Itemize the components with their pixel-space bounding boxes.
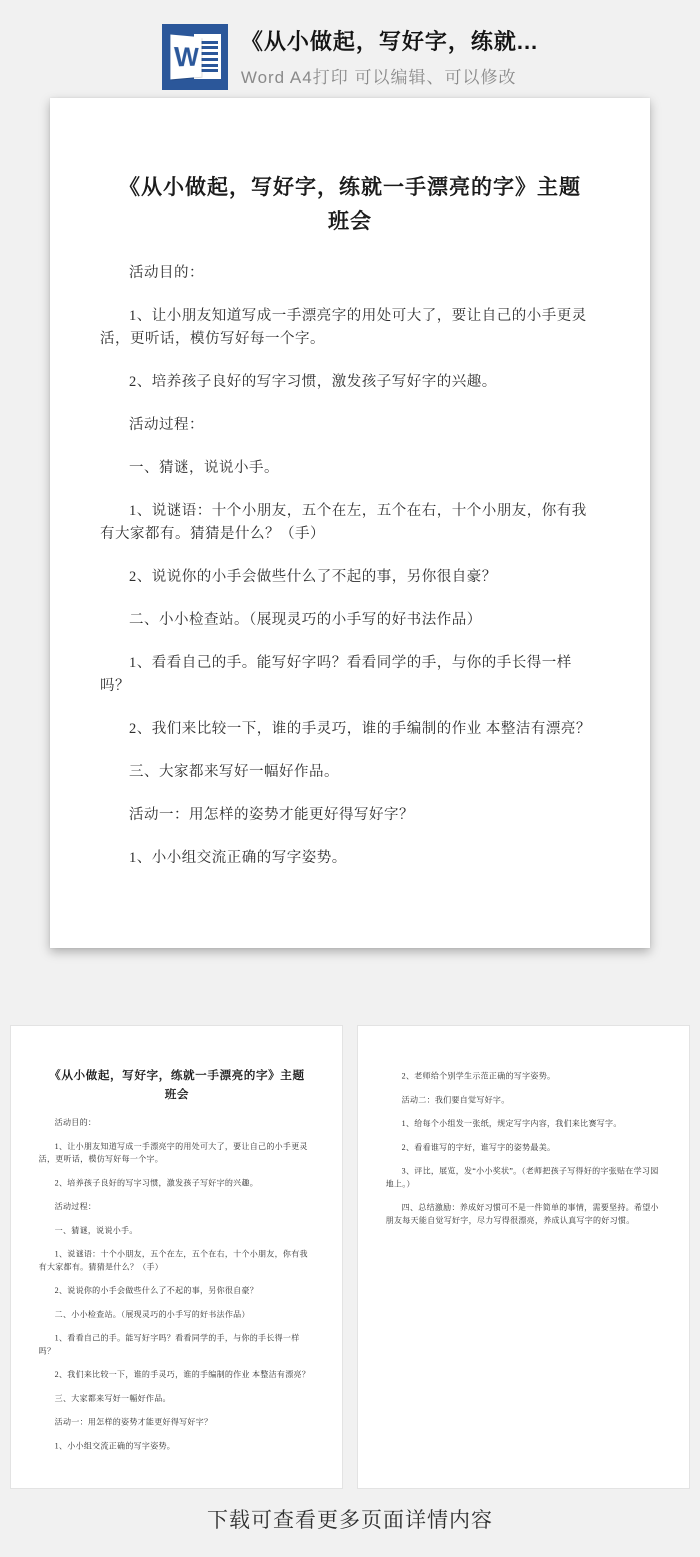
paragraph: 活动过程： — [39, 1201, 316, 1214]
paragraph: 1、让小朋友知道写成一手漂亮字的用处可大了，要让自己的小手更灵活，更听话，模仿写… — [100, 305, 600, 351]
thumbnail-page-2[interactable]: 2、老师给个别学生示范正确的写字姿势。活动二：我们要自觉写好字。1、给每个小组发… — [357, 1025, 690, 1489]
paragraph: 三、大家都来写好一幅好作品。 — [39, 1393, 316, 1406]
footer: 下载可查看更多页面详情内容 — [0, 1489, 700, 1549]
paragraph: 活动一：用怎样的姿势才能更好得写好字？ — [39, 1416, 316, 1429]
page-title: 《从小做起，写好字，练就一手漂亮的字》主题班会 — [39, 1066, 316, 1104]
paragraph: 3、评比，展览，发“小小奖状”。（老师把孩子写得好的字张贴在学习园地上。） — [386, 1165, 663, 1190]
paragraph: 一、猜谜，说说小手。 — [39, 1225, 316, 1238]
paragraph: 2、我们来比较一下，谁的手灵巧，谁的手编制的作业 本整洁有漂亮？ — [100, 718, 600, 741]
page-1-body: 活动目的：1、让小朋友知道写成一手漂亮字的用处可大了，要让自己的小手更灵活，更听… — [39, 1117, 316, 1453]
document-format-info: Word A4打印 可以编辑、可以修改 — [241, 63, 538, 88]
paragraph: 1、小小组交流正确的写字姿势。 — [39, 1440, 316, 1453]
paragraph: 活动二：我们要自觉写好字。 — [386, 1094, 663, 1107]
page-1-body: 活动目的：1、让小朋友知道写成一手漂亮字的用处可大了，要让自己的小手更灵活，更听… — [100, 262, 600, 870]
document-page-1-preview: 《从小做起，写好字，练就一手漂亮的字》主题班会 活动目的：1、让小朋友知道写成一… — [50, 98, 650, 948]
page-title: 《从小做起，写好字，练就一手漂亮的字》主题班会 — [100, 170, 600, 238]
paragraph: 二、小小检查站。（展现灵巧的小手写的好书法作品） — [100, 609, 600, 632]
paragraph: 1、小小组交流正确的写字姿势。 — [100, 847, 600, 870]
header-text: 《从小做起，写好字，练就... Word A4打印 可以编辑、可以修改 — [241, 24, 538, 88]
paragraph: 2、说说你的小手会做些什么了不起的事，另你很自豪？ — [39, 1285, 316, 1298]
page-2-body: 2、老师给个别学生示范正确的写字姿势。活动二：我们要自觉写好字。1、给每个小组发… — [386, 1070, 663, 1227]
thumbnail-page-1[interactable]: 《从小做起，写好字，练就一手漂亮的字》主题班会 活动目的：1、让小朋友知道写成一… — [10, 1025, 343, 1489]
download-hint-text: 下载可查看更多页面详情内容 — [207, 1504, 493, 1534]
paragraph: 1、说谜语：十个小朋友，五个在左，五个在右，十个小朋友，你有我有大家都有。猜猜是… — [100, 500, 600, 546]
paragraph: 2、看看谁写的字好，谁写字的姿势最美。 — [386, 1142, 663, 1155]
thumbnail-page-1-content: 《从小做起，写好字，练就一手漂亮的字》主题班会 活动目的：1、让小朋友知道写成一… — [11, 1026, 343, 1489]
paragraph: 活动过程： — [100, 414, 600, 437]
paragraph: 2、培养孩子良好的写字习惯，激发孩子写好字的兴趣。 — [39, 1177, 316, 1190]
paragraph: 一、猜谜，说说小手。 — [100, 457, 600, 480]
paragraph: 1、说谜语：十个小朋友，五个在左，五个在右，十个小朋友，你有我有大家都有。猜猜是… — [39, 1248, 316, 1273]
paragraph: 活动目的： — [100, 262, 600, 285]
header: W 《从小做起，写好字，练就... Word A4打印 可以编辑、可以修改 — [0, 0, 700, 82]
paragraph: 2、说说你的小手会做些什么了不起的事，另你很自豪？ — [100, 566, 600, 589]
paragraph: 活动一：用怎样的姿势才能更好得写好字？ — [100, 804, 600, 827]
document-title-truncated: 《从小做起，写好字，练就... — [241, 27, 538, 57]
paragraph: 1、给每个小组发一张纸，规定写字内容，我们来比赛写字。 — [386, 1118, 663, 1131]
preview-page: W 《从小做起，写好字，练就... Word A4打印 可以编辑、可以修改 《从… — [0, 0, 700, 1557]
page-thumbnails-row: 《从小做起，写好字，练就一手漂亮的字》主题班会 活动目的：1、让小朋友知道写成一… — [0, 1025, 700, 1489]
paragraph: 1、看看自己的手。能写好字吗？看看同学的手，与你的手长得一样吗？ — [39, 1332, 316, 1357]
paragraph: 2、我们来比较一下，谁的手灵巧，谁的手编制的作业 本整洁有漂亮？ — [39, 1369, 316, 1382]
paragraph: 二、小小检查站。（展现灵巧的小手写的好书法作品） — [39, 1309, 316, 1322]
paragraph: 2、老师给个别学生示范正确的写字姿势。 — [386, 1070, 663, 1083]
paragraph: 1、看看自己的手。能写好字吗？看看同学的手，与你的手长得一样吗？ — [100, 652, 600, 698]
paragraph: 活动目的： — [39, 1117, 316, 1130]
paragraph: 2、培养孩子良好的写字习惯，激发孩子写好字的兴趣。 — [100, 371, 600, 394]
paragraph: 四、总结激励：养成好习惯可不是一件简单的事情，需要坚持。希望小朋友每天能自觉写好… — [386, 1202, 663, 1227]
thumbnail-page-2-content: 2、老师给个别学生示范正确的写字姿势。活动二：我们要自觉写好字。1、给每个小组发… — [358, 1026, 690, 1489]
word-icon: W — [162, 24, 228, 90]
paragraph: 1、让小朋友知道写成一手漂亮字的用处可大了，要让自己的小手更灵活，更听话，模仿写… — [39, 1140, 316, 1165]
paragraph: 三、大家都来写好一幅好作品。 — [100, 761, 600, 784]
word-icon-w-letter: W — [170, 35, 201, 80]
